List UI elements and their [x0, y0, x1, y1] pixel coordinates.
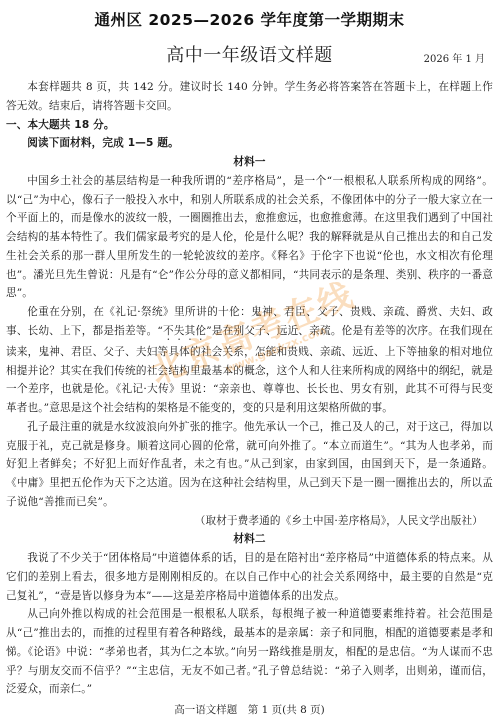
exam-page: 通州区 2025—2026 学年度第一学期期末 高中一年级语文样题 2026 年… — [0, 0, 499, 726]
emphasized-quote: “不失其伦” — [157, 325, 211, 337]
material2-paragraph: 我说了不少关于“团体格局”中道德体系的话，目的是在陪衬出“差序格局”中道德体系的… — [6, 549, 493, 605]
page-footer: 高一语文样题 第 1 页(共 8 页) — [0, 702, 499, 717]
material2-paragraph: 从己向外推以构成的社会范围是一根根私人联系，每根绳子被一种道德要素维持着。社会范… — [6, 605, 493, 699]
material2-heading: 材料二 — [6, 530, 493, 549]
exam-date: 2026 年 1 月 — [424, 50, 485, 65]
exam-title: 通州区 2025—2026 学年度第一学期期末 — [0, 8, 499, 30]
material1-heading: 材料一 — [6, 153, 493, 172]
material1-paragraph: 伦重在分别，在《礼记·祭统》里所讲的十伦：鬼神、君臣、父子、贵贱、亲疏、爵赏、夫… — [6, 303, 493, 418]
material1-source: （取材于费孝通的《乡土中国·差序格局》，人民文学出版社） — [6, 512, 493, 531]
material1-paragraph: 孔子最注重的就是水纹波浪向外扩张的推字。他先承认一个己，推己及人的己，对于这己，… — [6, 418, 493, 512]
section-heading: 一、本大题共 18 分。 — [6, 116, 493, 135]
material1-paragraph: 中国乡土社会的基层结构是一种我所谓的“差序格局”，是一个“一根根私人联系所构成的… — [6, 172, 493, 303]
section-instruction: 阅读下面材料，完成 1—5 题。 — [6, 134, 493, 153]
paragraph-text: 是在别父子、远近、亲疏。伦是有差等的次序。在我们现在读来，鬼神、君臣、父子、夫妇… — [6, 325, 493, 414]
exam-body: 本套样题共 8 页，共 142 分。建议时长 140 分钟。学生务必将答案答在答… — [6, 78, 493, 699]
instructions: 本套样题共 8 页，共 142 分。建议时长 140 分钟。学生务必将答案答在答… — [6, 78, 493, 116]
